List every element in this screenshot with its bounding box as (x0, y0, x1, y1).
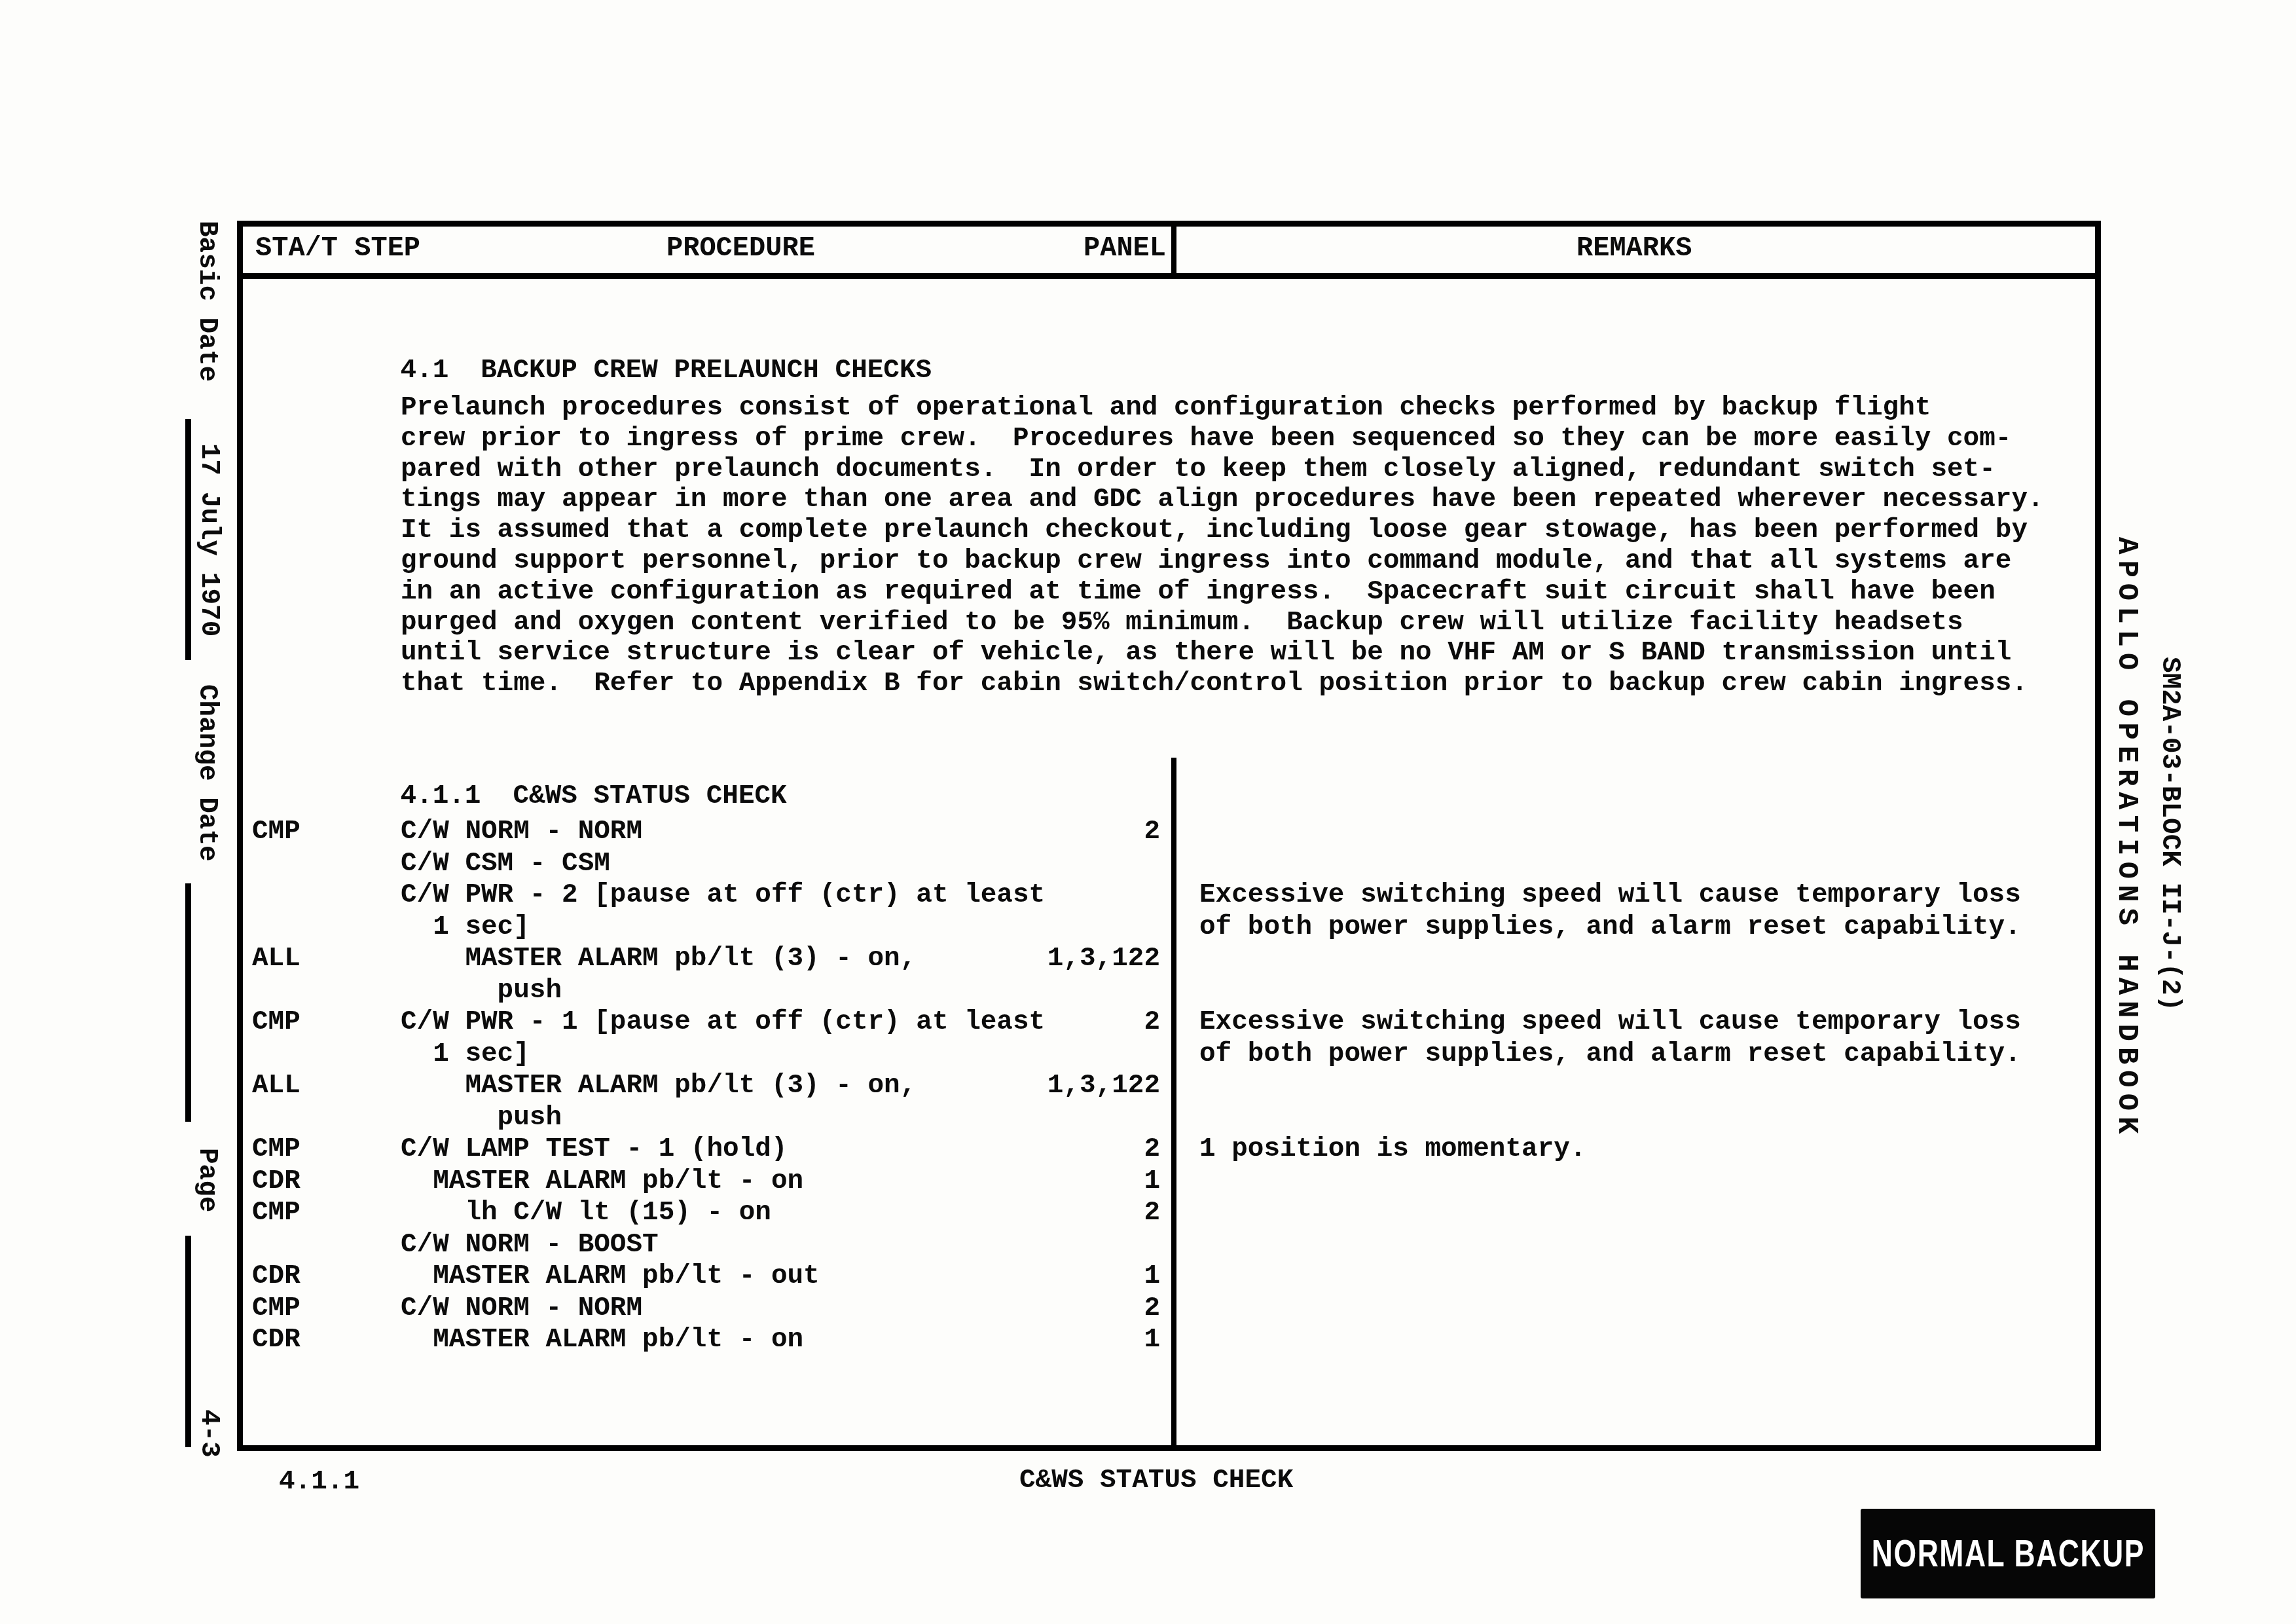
procedure-row: 1 sec] of both power supplies, and alarm… (0, 1039, 2296, 1071)
procedure-cell: C/W NORM - BOOST (401, 1230, 659, 1260)
table-header-separator-rule (237, 273, 2101, 279)
subsection-number: 4.1.1 (400, 781, 481, 811)
remark-cell: of both power supplies, and alarm reset … (1199, 912, 2021, 942)
panel-cell: 1,3,122 (949, 944, 1160, 974)
procedure-cell: 1 sec] (401, 1039, 530, 1069)
basic-date-underline (185, 419, 191, 660)
procedure-row: CMP C/W NORM - NORM 2 (0, 1293, 2296, 1325)
subsection-title: C&WS STATUS CHECK (513, 781, 786, 811)
procedure-row: CMP C/W LAMP TEST - 1 (hold) 2 1 positio… (0, 1134, 2296, 1166)
procedure-cell: C/W NORM - NORM (401, 1293, 642, 1323)
column-header-procedure: PROCEDURE (666, 232, 815, 264)
handbook-title-vertical: APOLLO OPERATIONS HANDBOOK (2111, 537, 2142, 1140)
station-cell: CMP (252, 1293, 301, 1323)
normal-backup-tab: NORMAL BACKUP (1861, 1509, 2155, 1598)
procedure-cell: C/W PWR - 2 [pause at off (ctr) at least (401, 880, 1045, 910)
station-cell: CMP (252, 817, 301, 847)
station-cell: ALL (252, 944, 301, 974)
station-cell: ALL (252, 1071, 301, 1101)
procedure-cell: push (401, 976, 562, 1006)
procedure-cell: C/W LAMP TEST - 1 (hold) (401, 1134, 788, 1164)
procedure-row: C/W NORM - BOOST (0, 1230, 2296, 1262)
procedure-row: CDR MASTER ALARM pb/lt - out 1 (0, 1261, 2296, 1293)
procedure-row: CMP lh C/W lt (15) - on 2 (0, 1198, 2296, 1230)
panel-cell: 1 (949, 1261, 1160, 1291)
procedure-row: CMP C/W NORM - NORM 2 (0, 817, 2296, 849)
station-cell: CDR (252, 1325, 301, 1355)
panel-cell: 1 (949, 1166, 1160, 1196)
panel-cell: 1 (949, 1325, 1160, 1355)
panel-cell: 2 (949, 1293, 1160, 1323)
procedure-row: CMP C/W PWR - 1 [pause at off (ctr) at l… (0, 1007, 2296, 1039)
footer-procedure-title: C&WS STATUS CHECK (1019, 1466, 1293, 1496)
remark-cell: Excessive switching speed will cause tem… (1199, 1007, 2021, 1037)
remark-cell: Excessive switching speed will cause tem… (1199, 880, 2021, 910)
basic-date-value: 17 July 1970 (193, 443, 225, 637)
change-date-label: Change Date (191, 684, 223, 862)
procedure-row: C/W CSM - CSM (0, 849, 2296, 881)
station-cell: CMP (252, 1198, 301, 1228)
procedure-cell: MASTER ALARM pb/lt - out (401, 1261, 820, 1291)
basic-date-label: Basic Date (191, 221, 223, 382)
intro-paragraph-line: tings may appear in more than one area a… (401, 485, 2044, 515)
page-underline (185, 1236, 191, 1447)
procedure-row: CDR MASTER ALARM pb/lt - on 1 (0, 1325, 2296, 1357)
section-title: BACKUP CREW PRELAUNCH CHECKS (481, 356, 932, 386)
procedure-row: C/W PWR - 2 [pause at off (ctr) at least… (0, 880, 2296, 912)
procedure-cell: MASTER ALARM pb/lt (3) - on, (401, 944, 916, 974)
procedure-cell: push (401, 1103, 562, 1133)
intro-paragraph-line: pared with other prelaunch documents. In… (401, 454, 2044, 485)
section-number: 4.1 (400, 356, 448, 386)
procedure-row: ALL MASTER ALARM pb/lt (3) - on, 1,3,122 (0, 1071, 2296, 1103)
intro-paragraph: Prelaunch procedures consist of operatio… (401, 393, 2044, 699)
normal-backup-tab-label: NORMAL BACKUP (1871, 1532, 2144, 1576)
intro-paragraph-line: Prelaunch procedures consist of operatio… (401, 393, 2044, 424)
procedure-row: push (0, 1103, 2296, 1135)
intro-paragraph-line: until service structure is clear of vehi… (401, 638, 2044, 669)
panel-cell: 2 (949, 1134, 1160, 1164)
panel-cell: 2 (949, 817, 1160, 847)
intro-paragraph-line: It is assumed that a complete prelaunch … (401, 515, 2044, 546)
column-header-panel: PANEL (1084, 232, 1166, 264)
panel-cell: 2 (949, 1007, 1160, 1037)
intro-paragraph-line: purged and oxygen content verified to be… (401, 608, 2044, 638)
scanned-document-page: STA/T STEP PROCEDURE PANEL REMARKS 4.1BA… (0, 0, 2296, 1624)
procedure-row: CDR MASTER ALARM pb/lt - on 1 (0, 1166, 2296, 1198)
change-date-underline (185, 883, 191, 1122)
station-cell: CMP (252, 1007, 301, 1037)
intro-paragraph-line: crew prior to ingress of prime crew. Pro… (401, 424, 2044, 454)
station-cell: CDR (252, 1166, 301, 1196)
page-label: Page (191, 1148, 223, 1212)
procedure-cell: 1 sec] (401, 912, 530, 942)
procedure-row: 1 sec] of both power supplies, and alarm… (0, 912, 2296, 944)
procedure-cell: MASTER ALARM pb/lt - on (401, 1325, 803, 1355)
panel-cell: 1,3,122 (949, 1071, 1160, 1101)
column-header-sta-t-step: STA/T STEP (255, 232, 420, 264)
intro-paragraph-line: ground support personnel, prior to backu… (401, 546, 2044, 577)
page-number: 4-3 (193, 1409, 225, 1458)
intro-paragraph-line: that time. Refer to Appendix B for cabin… (401, 669, 2044, 699)
procedure-cell: C/W NORM - NORM (401, 817, 642, 847)
procedure-row: ALL MASTER ALARM pb/lt (3) - on, 1,3,122 (0, 944, 2296, 976)
procedure-cell: lh C/W lt (15) - on (401, 1198, 771, 1228)
procedure-cell: MASTER ALARM pb/lt - on (401, 1166, 803, 1196)
panel-cell: 2 (949, 1198, 1160, 1228)
procedure-cell: C/W CSM - CSM (401, 849, 610, 879)
remarks-column-divider-header (1171, 221, 1176, 279)
remark-cell: 1 position is momentary. (1199, 1134, 1586, 1164)
procedure-cell: MASTER ALARM pb/lt (3) - on, (401, 1071, 916, 1101)
footer-section-number: 4.1.1 (279, 1467, 359, 1497)
remark-cell: of both power supplies, and alarm reset … (1199, 1039, 2021, 1069)
column-header-remarks: REMARKS (1576, 232, 1692, 264)
station-cell: CDR (252, 1261, 301, 1291)
intro-paragraph-line: in an active configuration as required a… (401, 577, 2044, 608)
procedure-rows: CMP C/W NORM - NORM 2 C/W CSM - CSM C/W … (0, 817, 2296, 1357)
procedure-row: push (0, 976, 2296, 1008)
station-cell: CMP (252, 1134, 301, 1164)
document-number-vertical: SM2A-03-BLOCK II-J-(2) (2154, 657, 2185, 1011)
procedure-cell: C/W PWR - 1 [pause at off (ctr) at least (401, 1007, 1045, 1037)
